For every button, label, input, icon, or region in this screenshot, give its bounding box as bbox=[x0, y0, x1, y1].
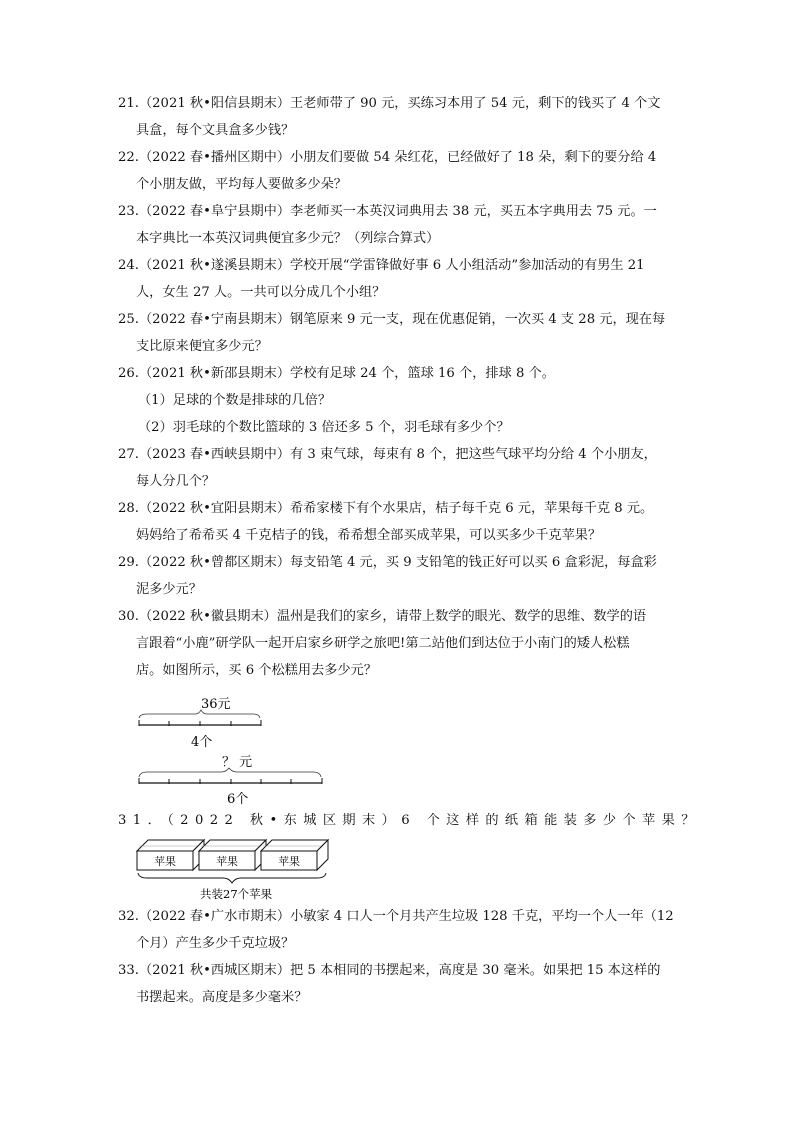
question-text: 店。如图所示，买 6 个松糕用去多少元？ bbox=[118, 657, 683, 684]
question-text: 个小朋友做，平均每人要做多少朵？ bbox=[118, 171, 683, 198]
box-label: 苹果 bbox=[278, 854, 300, 868]
top-total-label: 36元 bbox=[201, 697, 231, 712]
question-text: 支比原来便宜多少元？ bbox=[118, 333, 683, 360]
total-apples-label: 共装27个苹果 bbox=[200, 887, 273, 900]
question-27: 27.（2023 春•西峡县期中）有 3 束气球，每束有 8 个，把这些气球平均… bbox=[118, 441, 683, 495]
apple-box-2: 苹果 bbox=[199, 840, 266, 870]
question-text: 33.（2021 秋•西城区期末）把 5 本相同的书摆起来，高度是 30 毫米。… bbox=[118, 957, 683, 984]
question-text: 25.（2022 春•宁南县期末）钢笔原来 9 元一支，现在优惠促销，一次买 4… bbox=[118, 306, 683, 333]
question-22: 22.（2022 春•播州区期中）小朋友们要做 54 朵红花，已经做好了 18 … bbox=[118, 144, 683, 198]
question-text: 妈妈给了希希买 4 千克桔子的钱，希希想全部买成苹果，可以买多少千克苹果？ bbox=[118, 522, 683, 549]
question-text: 26.（2021 秋•新邵县期末）学校有足球 24 个，篮球 16 个，排球 8… bbox=[118, 360, 683, 387]
box-label: 苹果 bbox=[154, 854, 176, 868]
apple-box-3: 苹果 bbox=[261, 840, 328, 870]
question-text: 24.（2021 秋•遂溪县期末）学校开展“学雷锋做好事 6 人小组活动”参加活… bbox=[118, 252, 683, 279]
question-text: 泥多少元？ bbox=[118, 576, 683, 603]
question-text: 本字典比一本英汉词典便宜多少元？（列综合算式） bbox=[118, 225, 683, 252]
question-text: 书摆起来。高度是多少毫米？ bbox=[118, 984, 683, 1011]
question-31: 31．（2022 秋•东城区期末）6 个这样的纸箱能装多少个苹果？ bbox=[118, 807, 683, 834]
question-text: 言跟着“小鹿”研学队一起开启家乡研学之旅吧!第二站他们到达位于小南门的矮人松糕 bbox=[118, 630, 683, 657]
bottom-total-label: ？ 元 bbox=[222, 755, 252, 770]
question-text: 27.（2023 春•西峡县期中）有 3 束气球，每束有 8 个，把这些气球平均… bbox=[118, 441, 683, 468]
document-page: 21.（2021 秋•阳信县期末）王老师带了 90 元，买练习本用了 54 元，… bbox=[0, 0, 793, 1122]
question-30: 30.（2022 秋•徽县期末）温州是我们的家乡，请带上数学的眼光、数学的思维、… bbox=[118, 603, 683, 684]
question-26: 26.（2021 秋•新邵县期末）学校有足球 24 个，篮球 16 个，排球 8… bbox=[118, 360, 683, 441]
sub-question-1: （1）足球的个数是排球的几倍？ bbox=[118, 387, 683, 414]
question-text: 23.（2022 春•阜宁县期中）李老师买一本英汉词典用去 38 元，买五本字典… bbox=[118, 198, 683, 225]
box-label: 苹果 bbox=[216, 854, 238, 868]
question-text: 21.（2021 秋•阳信县期末）王老师带了 90 元，买练习本用了 54 元，… bbox=[118, 90, 683, 117]
question-21: 21.（2021 秋•阳信县期末）王老师带了 90 元，买练习本用了 54 元，… bbox=[118, 90, 683, 144]
question-text: 22.（2022 春•播州区期中）小朋友们要做 54 朵红花，已经做好了 18 … bbox=[118, 144, 683, 171]
question-text: 每人分几个？ bbox=[118, 468, 683, 495]
question-text: 具盒，每个文具盒多少钱？ bbox=[118, 117, 683, 144]
question-24: 24.（2021 秋•遂溪县期末）学校开展“学雷锋做好事 6 人小组活动”参加活… bbox=[118, 252, 683, 306]
top-count-label: 4个 bbox=[191, 735, 212, 750]
question-text: 28.（2022 秋•宜阳县期末）希希家楼下有个水果店，桔子每千克 6 元，苹果… bbox=[118, 495, 683, 522]
question-text: 29.（2022 秋•曾都区期末）每支铅笔 4 元，买 9 支铅笔的钱正好可以买… bbox=[118, 549, 683, 576]
question-text: 30.（2022 秋•徽县期末）温州是我们的家乡，请带上数学的眼光、数学的思维、… bbox=[118, 603, 683, 630]
apple-box-1: 苹果 bbox=[137, 840, 204, 870]
question-text: 31．（2022 秋•东城区期末）6 个这样的纸箱能装多少个苹果？ bbox=[118, 807, 683, 834]
question-25: 25.（2022 春•宁南县期末）钢笔原来 9 元一支，现在优惠促销，一次买 4… bbox=[118, 306, 683, 360]
question-32: 32.（2022 春•广水市期末）小敏家 4 口人一个月共产生垃圾 128 千克… bbox=[118, 903, 683, 957]
question-29: 29.（2022 秋•曾都区期末）每支铅笔 4 元，买 9 支铅笔的钱正好可以买… bbox=[118, 549, 683, 603]
boxes-diagram-q31: 苹果 苹果 苹果 共装27个苹果 bbox=[135, 838, 335, 900]
bottom-count-label: 6个 bbox=[227, 792, 248, 807]
question-text: 人，女生 27 人。一共可以分成几个小组？ bbox=[118, 279, 683, 306]
question-text: 个月）产生多少千克垃圾？ bbox=[118, 930, 683, 957]
segment-diagram-q30: 36元 4个 ？ 元 6个 bbox=[125, 688, 355, 808]
question-28: 28.（2022 秋•宜阳县期末）希希家楼下有个水果店，桔子每千克 6 元，苹果… bbox=[118, 495, 683, 549]
question-23: 23.（2022 春•阜宁县期中）李老师买一本英汉词典用去 38 元，买五本字典… bbox=[118, 198, 683, 252]
sub-question-2: （2）羽毛球的个数比篮球的 3 倍还多 5 个，羽毛球有多少个？ bbox=[118, 414, 683, 441]
question-33: 33.（2021 秋•西城区期末）把 5 本相同的书摆起来，高度是 30 毫米。… bbox=[118, 957, 683, 1011]
question-text: 32.（2022 春•广水市期末）小敏家 4 口人一个月共产生垃圾 128 千克… bbox=[118, 903, 683, 930]
